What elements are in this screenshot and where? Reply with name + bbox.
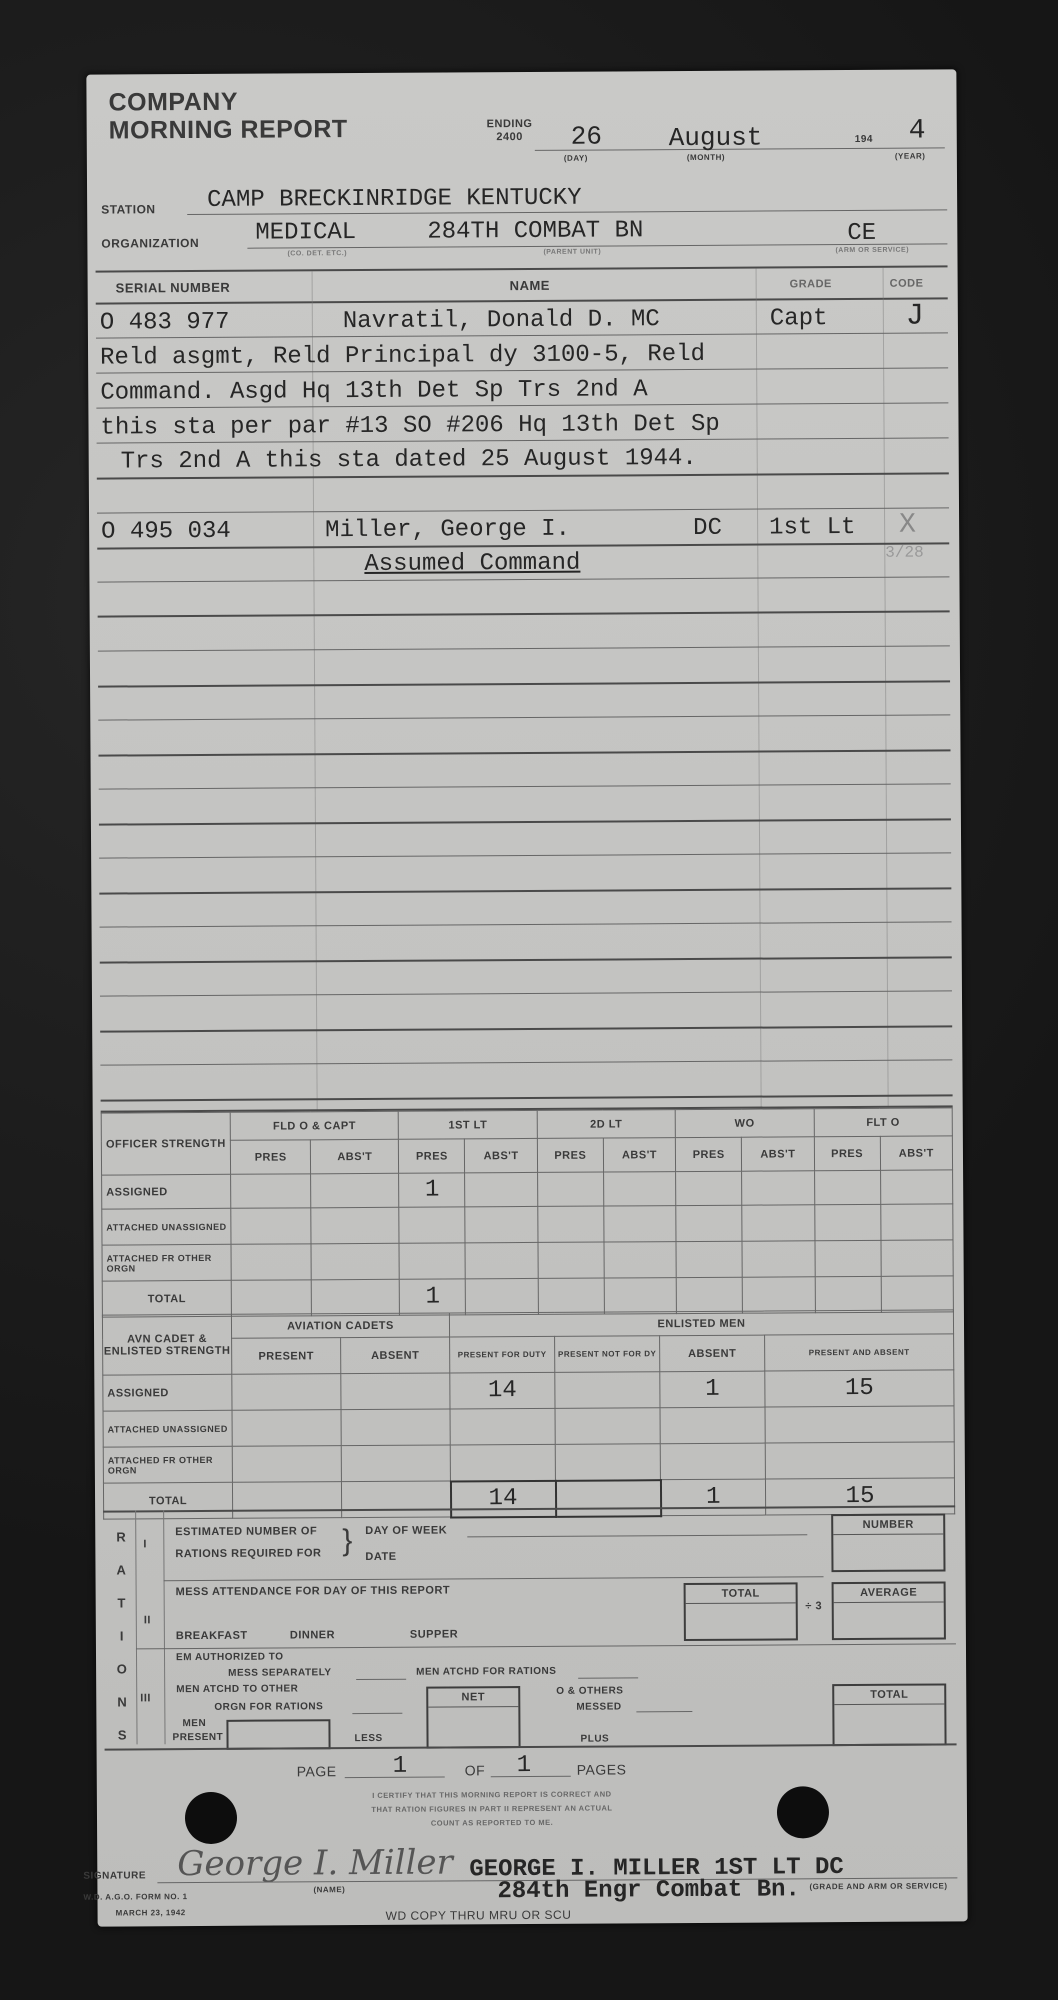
enlisted-row-total: TOTAL 14 1 15 [103,1478,954,1519]
form-number: W.D. A.G.O. FORM NO. 1 [83,1892,187,1902]
pres-header: PRES [537,1138,603,1172]
officer-row-attached-unassigned: ATTACHED UNASSIGNED [102,1204,953,1245]
brace: } [342,1519,353,1563]
average-label: AVERAGE [834,1583,944,1603]
men-authorized-1: EM AUTHORIZED TO [176,1652,284,1664]
ending-label-1: ENDING [487,118,533,131]
abst-header: ABS'T [880,1136,953,1170]
supper-label: SUPPER [410,1628,458,1640]
form-title-line2: MORNING REPORT [109,115,348,144]
entry-remark-line: Trs 2nd A this sta dated 25 August 1944. [121,445,697,476]
part3-numeral: III [140,1692,151,1704]
pages-label: PAGES [577,1761,627,1777]
entry-code-note: 3/28 [885,544,924,562]
side-letter: I [114,1619,130,1652]
grade-header: GRADE [790,278,832,290]
pres-header: PRES [814,1136,880,1170]
men-atchd-rations: MEN ATCHD FOR RATIONS [416,1666,556,1678]
net-box: NET [426,1686,520,1749]
cell [742,1171,815,1205]
form-title: COMPANY MORNING REPORT [108,87,347,144]
o-others-2: MESSED [576,1701,621,1712]
cell: 14 [450,1372,555,1409]
cell: 1 [660,1371,765,1408]
cell [742,1277,815,1313]
entry-serial: O 495 034 [101,518,231,546]
cell [814,1170,880,1204]
code-header: CODE [890,278,924,290]
abst-header: ABS'T [742,1137,815,1171]
cell [555,1480,660,1517]
wd-copy-note: WD COPY THRU MRU OR SCU [386,1908,572,1923]
officer-row-assigned: ASSIGNED 1 [102,1170,953,1209]
cell [555,1372,660,1409]
pres-header: PRES [230,1140,311,1174]
cell [232,1374,341,1411]
part2-title: MESS ATTENDANCE FOR DAY OF THIS REPORT [176,1584,451,1598]
cell: 1 [660,1479,765,1516]
cell [676,1171,742,1205]
enlisted-strength-table: AVN CADET & ENLISTED STRENGTH AVIATION C… [102,1309,955,1520]
form-title-line1: COMPANY [108,87,347,116]
punch-hole-right [777,1786,829,1838]
numeral-divider [163,1510,165,1744]
day-of-week-line [467,1534,807,1537]
form-date: MARCH 23, 1942 [116,1908,186,1917]
entry-name: Miller, George I. [325,516,570,544]
group-header: FLD O & CAPT [230,1111,399,1140]
of-label: OF [465,1762,486,1778]
side-letter: A [113,1553,129,1586]
signature-label: SIGNATURE [83,1870,146,1881]
men-atchd-other-1: MEN ATCHD TO OTHER [176,1683,298,1695]
page-label: PAGE [297,1763,337,1779]
plus-label: PLUS [580,1734,609,1745]
cell [676,1277,742,1313]
rations-side-divider [135,1510,137,1744]
cell [341,1373,450,1410]
ending-label-2: 2400 [487,131,533,144]
cell: 1 [399,1173,465,1207]
enlisted-men-header: ENLISTED MEN [449,1310,953,1337]
serial-number-header: SERIAL NUMBER [116,280,231,296]
report-month: August [669,123,763,154]
cell [231,1174,312,1208]
organization-value: MEDICAL [255,219,356,247]
men-present-2: PRESENT [172,1732,223,1743]
col-header: PRESENT [232,1338,341,1375]
pres-header: PRES [399,1139,465,1173]
handwritten-signature: George I. Miller [177,1842,453,1884]
number-box: NUMBER [831,1513,945,1572]
group-header: 1ST LT [399,1110,538,1139]
col-header: ABSENT [341,1337,450,1374]
col-header: PRESENT NOT FOR DY [555,1336,660,1373]
cell [815,1276,881,1312]
entries-top-rule [96,265,948,272]
report-year: 4 [909,116,926,147]
cell [604,1278,677,1314]
part1-numeral: I [143,1538,147,1550]
side-letter: N [114,1685,130,1718]
abst-header: ABS'T [465,1138,538,1172]
cell [538,1278,604,1314]
group-header: WO [675,1109,814,1138]
group-header: 2D LT [537,1110,676,1139]
row-label: ATTACHED UNASSIGNED [103,1410,232,1447]
row-label: ATTACHED UNASSIGNED [102,1208,231,1245]
entry-remark-line: this sta per par #13 SO #206 Hq 13th Det… [100,411,719,442]
cell [232,1482,341,1519]
cell: 15 [765,1370,954,1407]
arm-service-label: (ARM OR SERVICE) [835,247,909,254]
total-pages: 1 [517,1752,532,1779]
co-det-label: (CO. DET. ETC.) [287,250,347,257]
grade-arm-label: (GRADE AND ARM OR SERVICE) [809,1881,947,1891]
part1-text-1: ESTIMATED NUMBER OF [175,1525,317,1538]
cell: 15 [765,1478,954,1515]
day-of-week-label: DAY OF WEEK [365,1524,447,1537]
men-present-box [226,1719,330,1750]
certification-text: I CERTIFY THAT THIS MORNING REPORT IS CO… [277,1787,707,1832]
dinner-label: DINNER [290,1629,335,1641]
men-present-1: MEN [182,1718,206,1729]
side-letter: R [113,1520,129,1553]
day-label: (DAY) [564,154,588,163]
row-label: ASSIGNED [102,1174,231,1209]
col-header: ABSENT [660,1335,765,1372]
entry-name: Navratil, Donald D. MC [343,306,660,335]
ending-label: ENDING 2400 [487,118,533,144]
o-others-1: O & OTHERS [556,1685,623,1696]
total-box: TOTAL [684,1582,798,1641]
code-column-divider [883,268,889,1108]
entry-code: J [906,300,924,334]
entry-code: X [899,510,916,541]
part1-text-2: RATIONS REQUIRED FOR [175,1547,321,1560]
name-header: NAME [510,278,550,293]
row-label: ASSIGNED [103,1374,232,1411]
net-label: NET [428,1688,518,1708]
report-day: 26 [571,122,602,152]
morning-report-form: COMPANY MORNING REPORT ENDING 2400 26 (D… [86,69,967,1926]
number-label: NUMBER [833,1515,943,1535]
cell [231,1280,312,1316]
year-prefix: 194 [855,134,873,145]
entry-branch: DC [693,515,722,542]
cell [311,1173,399,1208]
total3-label: TOTAL [834,1685,944,1705]
col-header: PRESENT AND ABSENT [765,1334,954,1371]
entry-grade: Capt [770,305,828,332]
cell [537,1172,603,1206]
officer-strength-table: OFFICER STRENGTH FLD O & CAPT 1ST LT 2D … [101,1107,954,1317]
entry-remark-line: Reld asgmt, Reld Principal dy 3100-5, Re… [100,341,705,372]
parent-unit-value: 284TH COMBAT BN [427,217,643,245]
average-box: AVERAGE [832,1581,946,1640]
aviation-cadets-header: AVIATION CADETS [231,1313,449,1338]
cell [603,1172,676,1206]
entries-header-rule [96,297,948,304]
side-letter: T [114,1586,130,1619]
cell [881,1276,954,1312]
enlisted-strength-title: AVN CADET & ENLISTED STRENGTH [102,1314,231,1375]
cell: 1 [400,1279,466,1315]
col-header: PRESENT FOR DUTY [450,1336,555,1373]
cell [880,1170,953,1204]
officer-row-attached-other: ATTACHED FR OTHER ORGN [102,1240,953,1281]
cell [312,1279,400,1316]
enlisted-row-attached-unassigned: ATTACHED UNASSIGNED [103,1406,954,1447]
station-value: CAMP BRECKINRIDGE KENTUCKY [207,185,582,214]
group-header: FLT O [814,1108,953,1137]
cell [466,1278,539,1314]
officer-strength-title: OFFICER STRENGTH [101,1112,230,1175]
certify-line: COUNT AS REPORTED TO ME. [277,1815,707,1832]
row-label: ATTACHED FR OTHER ORGN [103,1446,232,1483]
total3-box: TOTAL [832,1683,946,1746]
grade-column-divider [756,269,762,1109]
unit-typed: 284th Engr Combat Bn. [497,1876,800,1905]
enlisted-row-assigned: ASSIGNED 14 1 15 [103,1370,954,1411]
breakfast-label: BREAKFAST [176,1630,248,1642]
row-label: TOTAL [102,1280,231,1317]
enlisted-row-attached-other: ATTACHED FR OTHER ORGN [103,1442,954,1483]
rations-side-label: R A T I O N S [113,1520,130,1751]
total-label: TOTAL [686,1584,796,1604]
date-label: DATE [365,1551,396,1563]
less-label: LESS [354,1733,382,1744]
men-authorized-2: MESS SEPARATELY [228,1667,332,1679]
entry-remark-line: Assumed Command [364,550,580,578]
part2-numeral: II [144,1614,151,1626]
divide-by-three: ÷ 3 [804,1600,824,1612]
name-label: (NAME) [313,1885,345,1894]
cell [341,1481,450,1518]
men-atchd-other-2: ORGN FOR RATIONS [214,1701,323,1713]
cell [465,1172,538,1206]
abst-header: ABS'T [603,1138,676,1172]
entry-grade: 1st Lt [769,514,856,542]
punch-hole-left [185,1792,237,1844]
parent-unit-label: (PARENT UNIT) [543,249,601,256]
year-label: (YEAR) [895,152,926,161]
cell: 14 [450,1480,555,1517]
abst-header: ABS'T [311,1139,399,1174]
station-label: STATION [101,202,155,216]
page-number: 1 [393,1753,408,1780]
month-label: (MONTH) [687,153,725,162]
row-label: ATTACHED FR OTHER ORGN [102,1244,231,1281]
side-letter: O [114,1652,130,1685]
pres-header: PRES [676,1137,742,1171]
row-label: TOTAL [103,1482,232,1519]
entry-serial: O 483 977 [100,309,230,337]
entry-remark-line: Command. Asgd Hq 13th Det Sp Trs 2nd A [100,376,647,406]
side-letter: S [114,1718,130,1751]
organization-label: ORGANIZATION [101,236,199,251]
